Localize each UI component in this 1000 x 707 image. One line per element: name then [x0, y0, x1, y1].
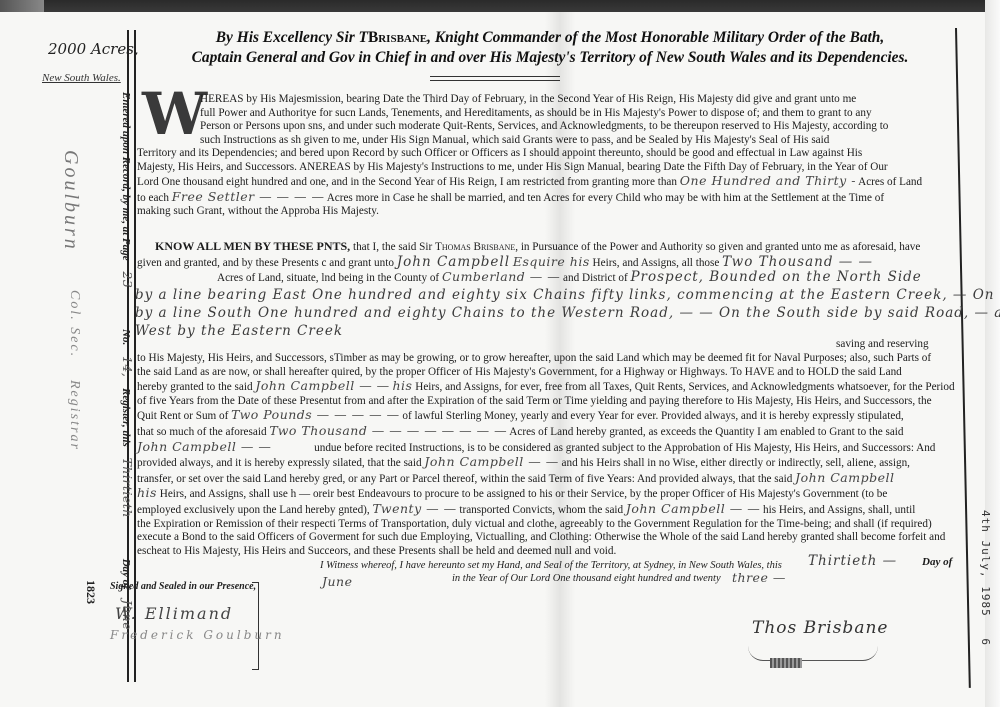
header-prefix: By His Excellency Sir T — [216, 29, 368, 46]
witness-signature-2: Frederick Goulburn — [110, 628, 285, 642]
text-segment: hereby granted to the said — [137, 381, 253, 393]
know-all-section: KNOW ALL MEN BY THESE PNTS, that I, the … — [137, 240, 952, 286]
register-page: 23 — [120, 271, 135, 288]
text-segment: given and granted, and by these Presents… — [137, 257, 394, 269]
reserving-section: to His Majesty, His Heirs, and Successor… — [137, 352, 952, 558]
header-name: Brisbane — [368, 29, 427, 46]
whereas-line: making such Grant, without the Approba H… — [137, 205, 952, 219]
district-name: Prospect, Bounded on the North Side — [630, 269, 921, 285]
governor-signature: Thos Brisbane — [752, 618, 888, 638]
witness-line-2: in the Year of Our Lord One thousand eig… — [452, 573, 721, 584]
witness-line-1: I Witness whereof, I have hereunto set m… — [320, 560, 782, 571]
register-no-label: No. — [120, 329, 132, 345]
text-segment: and District of — [563, 272, 628, 284]
registrar-note-2: Registrar — [66, 380, 82, 451]
text-segment: transfer, or set over the said Land here… — [137, 473, 792, 485]
grantee-name: John Campbell — — — [255, 378, 389, 393]
text-segment: his Heirs, and Assigns, shall, until — [763, 504, 915, 516]
header-line-2: Captain General and Gov in Chief in and … — [140, 48, 960, 68]
archive-stamp: 4th July, 1985 6 — [979, 510, 992, 646]
header-suffix: , Knight Commander of the Most Honorable… — [427, 29, 884, 46]
convict-count: Twenty — — — [373, 501, 457, 516]
archive-stamp-number: 6 — [979, 638, 992, 646]
grantee-name: John Campbell — — — [626, 501, 760, 516]
register-entered: Entered upon Record, by me, at Page — [120, 92, 132, 261]
witness-day: Thirtieth — — [808, 553, 897, 569]
quit-rent: Two Pounds — — — — — — [231, 407, 399, 422]
handwritten-his: Esquire his — [513, 254, 590, 269]
whereas-line: HEREAS by His Majesmission, bearing Date… — [200, 93, 950, 107]
handwritten-his: his — [137, 485, 157, 500]
reserving-line: the said Land as are now, or shall herea… — [137, 366, 952, 380]
know-all-heading: KNOW ALL MEN BY THESE PNTS, — [155, 239, 350, 253]
text-segment: of lawful Sterling Money, yearly and eve… — [402, 410, 903, 422]
reserving-line: employed exclusively upon the Land hereb… — [137, 502, 952, 518]
county-name: Cumberland — — — [442, 269, 560, 284]
reserving-line: to His Majesty, His Heirs, and Successor… — [137, 352, 952, 366]
signed-bracket — [252, 582, 259, 670]
witness-day-label: Day of — [922, 556, 952, 568]
text-segment: to each — [137, 192, 169, 204]
whereas-line: such Instructions as sh given to me, und… — [200, 134, 950, 148]
boundary-line: West by the Eastern Creek — [135, 322, 955, 340]
witness-year: three — — [732, 570, 786, 585]
signature-flourish — [748, 646, 878, 661]
text-segment: undue before recited Instructions, is to… — [274, 442, 935, 454]
reserving-line: provided always, and it is hereby expres… — [137, 455, 952, 471]
text-segment: Heirs, and Assigns, shall use h — oreir … — [160, 488, 888, 500]
handwritten-his: his — [392, 378, 412, 393]
registrar-note-1: Col. Sec. — [66, 290, 82, 358]
whereas-indented: HEREAS by His Majesmission, bearing Date… — [200, 93, 950, 147]
seal-mark — [770, 658, 802, 668]
text-segment: transported Convicts, whom the said — [459, 504, 623, 516]
text-segment: Lord One thousand eight hundred and one,… — [137, 176, 677, 188]
margin-colony: New South Wales. — [42, 72, 121, 84]
boundary-line: by a line bearing East One hundred and e… — [135, 286, 955, 304]
reserving-line: the Expiration or Remission of their res… — [137, 518, 952, 532]
register-day: Thirtieth — [120, 458, 135, 518]
header-line-1: By His Excellency Sir TBrisbane, Knight … — [140, 28, 960, 48]
grantee-name: John Campbell — — — [137, 439, 271, 454]
reserving-line: of five Years from the Date of these Pre… — [137, 395, 952, 409]
register-label: Register, this — [120, 388, 132, 447]
witness-signature-1: W. Ellimand — [115, 604, 233, 623]
whereas-body: Territory and its Dependencies; and bere… — [137, 147, 952, 219]
reserving-line: that so much of the aforesaid Two Thousa… — [137, 424, 952, 440]
handwritten-acres-limit: One Hundred and Thirty - — [680, 173, 856, 188]
text-segment: Acres more in Case he shall be married, … — [327, 192, 884, 204]
whereas-line: Person or Persons upon sns, and under su… — [200, 120, 950, 134]
grantee-name: John Campbell — [795, 470, 894, 485]
whereas-line: full Power and Authoritye for sucn Lands… — [200, 107, 950, 121]
reserving-line: hereby granted to the said John Campbell… — [137, 379, 952, 395]
witness-month: June — [322, 574, 353, 589]
whereas-line: to each Free Settler — — — — Acres more … — [137, 190, 952, 206]
governor-name: Thomas Brisbane — [435, 241, 515, 253]
margin-register-entry: Entered upon Record, by me, at Page 23 N… — [121, 92, 135, 687]
whereas-line: Lord One thousand eight hundred and one,… — [137, 174, 952, 190]
drop-cap: W — [142, 88, 207, 140]
know-all-line: KNOW ALL MEN BY THESE PNTS, that I, the … — [137, 240, 952, 255]
reserving-line: his Heirs, and Assigns, shall use h — or… — [137, 486, 952, 502]
reserving-line: execute a Bond to the said Officers of G… — [137, 531, 952, 545]
text-segment: Acres of Land hereby granted, as exceeds… — [509, 426, 903, 438]
registrar-signature: Goulburn — [59, 150, 82, 252]
boundary-description: by a line bearing East One hundred and e… — [135, 286, 955, 340]
text-segment: provided always, and it is hereby expres… — [137, 457, 422, 469]
text-segment: Quit Rent or Sum of — [137, 410, 228, 422]
document-header: By His Excellency Sir TBrisbane, Knight … — [140, 28, 960, 68]
grantee-name: John Campbell — [397, 254, 510, 270]
know-all-line: given and granted, and by these Presents… — [137, 255, 952, 271]
handwritten-settler: Free Settler — — — — — [172, 189, 325, 204]
text-segment: , in Pursuance of the Power and Authorit… — [515, 241, 920, 253]
granted-acres: Two Thousand — — — — — — — — — [269, 423, 507, 438]
know-all-line: Acres of Land, situate, lnd being in the… — [137, 270, 952, 286]
text-segment: Acres of Land, situate, lnd being in the… — [217, 272, 439, 284]
text-segment: that I, the said Sir — [353, 241, 432, 253]
text-segment: Heirs, and Assigns, for ever, free from … — [415, 381, 954, 393]
reserving-line: transfer, or set over the said Land here… — [137, 471, 952, 487]
register-year: 1823 — [83, 580, 98, 604]
boundary-line: by a line South One hundred and eighty C… — [135, 304, 955, 322]
whereas-line: Territory and its Dependencies; and bere… — [137, 147, 952, 161]
saving-reserving: saving and reserving — [836, 338, 929, 352]
margin-acres: 2000 Acres, — [48, 40, 139, 58]
text-segment: employed exclusively upon the Land hereb… — [137, 504, 370, 516]
signed-sealed-label: Signed and Sealed in our Presence, — [110, 581, 256, 592]
granted-acres: Two Thousand — — — [722, 254, 873, 270]
text-segment: Heirs, and Assigns, all those — [593, 257, 720, 269]
register-no-value: 14, — [120, 356, 135, 377]
text-segment: that so much of the aforesaid — [137, 426, 267, 438]
archive-stamp-date: 4th July, 1985 — [979, 510, 992, 617]
reserving-line: Quit Rent or Sum of Two Pounds — — — — —… — [137, 408, 952, 424]
grantee-name: John Campbell — — — [424, 454, 558, 469]
header-rule — [430, 76, 560, 81]
reserving-line: John Campbell — — undue before recited I… — [137, 440, 952, 456]
text-segment: Acres of Land — [858, 176, 922, 188]
whereas-line: Majesty, His Heirs, and Successors. ANER… — [137, 161, 952, 175]
text-segment: and his Heirs shall in no Wise, either d… — [562, 457, 910, 469]
